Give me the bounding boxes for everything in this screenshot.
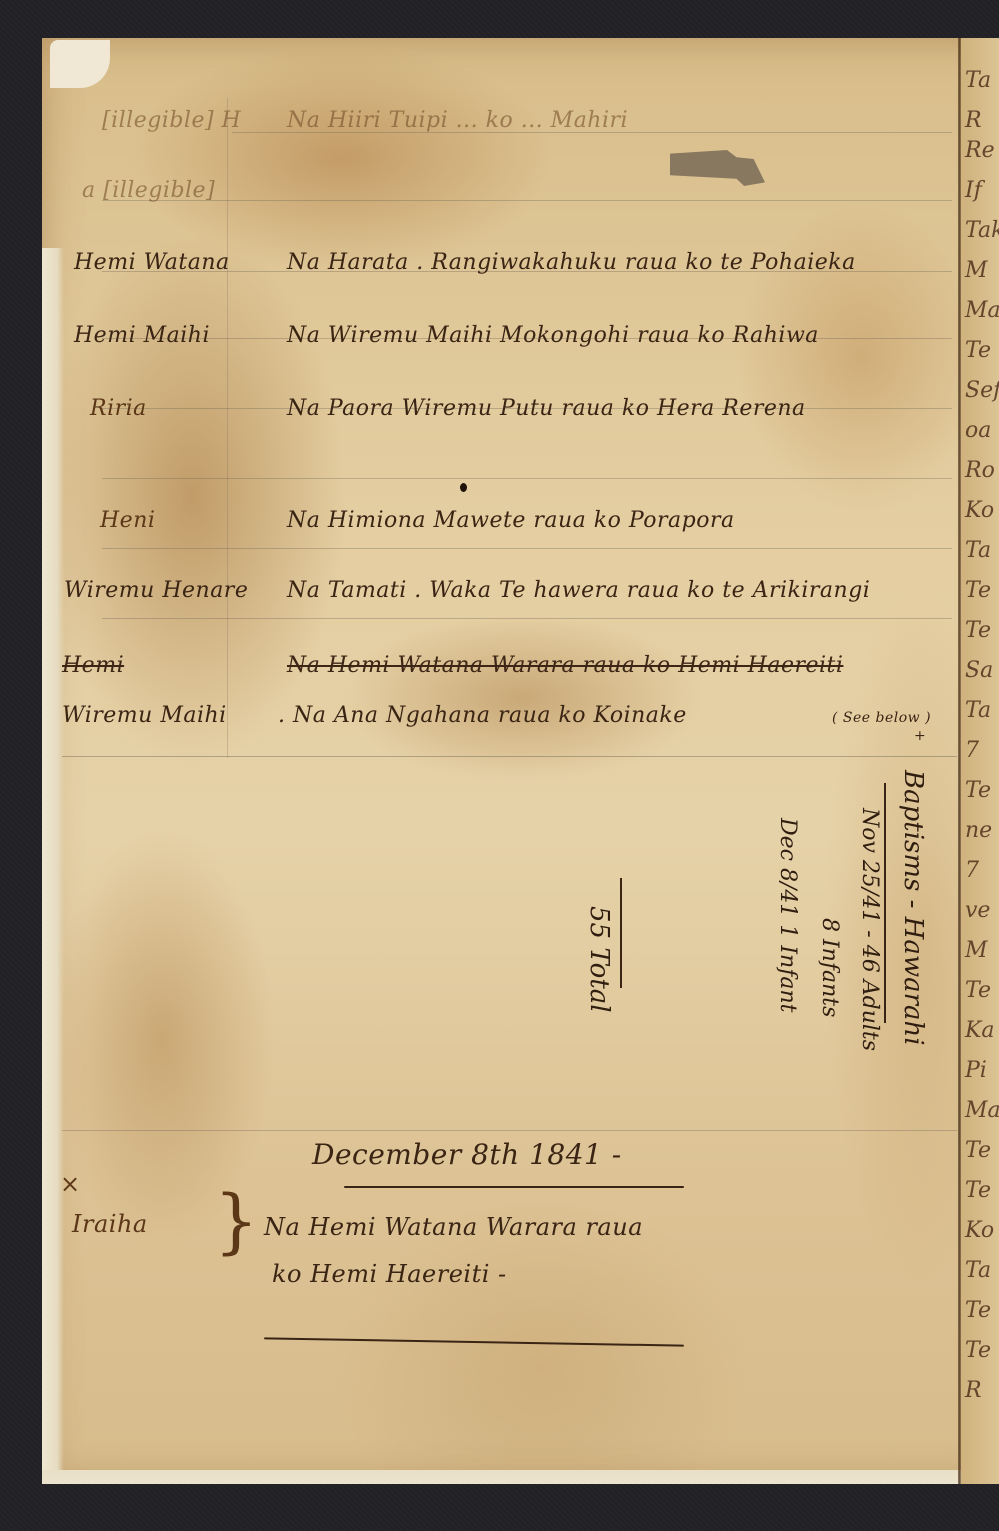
adjacent-fragment: Ko: [965, 1218, 994, 1243]
adjacent-fragment: Te: [965, 778, 991, 803]
entry-name: Wiremu Maihi: [62, 703, 227, 728]
adjacent-fragment: ne: [965, 818, 992, 843]
adjacent-fragment: Te: [965, 1178, 991, 1203]
adjacent-fragment: Ta: [965, 698, 991, 723]
later-entry-line-1: Na Hemi Watana Warara raua: [264, 1213, 643, 1241]
entry-name: [illegible] H: [102, 108, 241, 133]
adjacent-fragment: 7: [965, 858, 979, 883]
manuscript-page: [illegible] H Na Hiiri Tuipi ... ko ... …: [42, 38, 999, 1484]
adjacent-fragment: oa: [965, 418, 991, 443]
column-rule: [227, 98, 228, 758]
entry-name: a [illegible]: [82, 178, 215, 203]
entry-name: Heni: [100, 508, 155, 533]
adjacent-fragment: Te: [965, 578, 991, 603]
summary-line-3: Dec 8/41 1 Infant: [775, 818, 800, 1013]
summary-total: 55 Total: [584, 906, 614, 1013]
adjacent-fragment: Ta: [965, 68, 991, 93]
cross-mark: +: [914, 728, 926, 744]
adjacent-fragment: R: [965, 1378, 982, 1403]
entry-parents: Na Harata . Rangiwakahuku raua ko te Poh…: [287, 250, 856, 275]
torn-corner: [50, 40, 110, 88]
adjacent-fragment: M: [965, 938, 988, 963]
adjacent-fragment: Te: [965, 338, 991, 363]
date-underline: [344, 1186, 684, 1188]
entry-parents: Na Paora Wiremu Putu raua ko Hera Rerena: [287, 396, 806, 421]
ruled-line: [62, 756, 957, 757]
adjacent-fragment: Sef: [965, 378, 999, 403]
entry-name-struck: Hemi: [62, 653, 124, 678]
summary-line-1: Nov 25/41 - 46 Adults: [857, 808, 882, 1051]
adjacent-fragment: Ko: [965, 498, 994, 523]
adjacent-fragment: R: [965, 108, 982, 133]
later-entry-line-2: ko Hemi Haereiti -: [272, 1260, 507, 1288]
adjacent-page: Ta R Re If Tak M Ma Te Sef oa Ro Ko Ta T…: [961, 38, 999, 1484]
entry-name: Wiremu Henare: [64, 578, 248, 603]
adjacent-fragment: Te: [965, 1298, 991, 1323]
entry-name: Hemi Watana: [74, 250, 230, 275]
adjacent-fragment: ve: [965, 898, 990, 923]
ruled-line: [62, 1130, 957, 1131]
summary-bracket-line: [884, 783, 886, 1023]
adjacent-fragment: Ro: [965, 458, 995, 483]
entry-parents: Na Tamati . Waka Te hawera raua ko te Ar…: [287, 578, 870, 603]
ruled-line: [102, 478, 952, 479]
adjacent-fragment: Pi: [965, 1058, 987, 1083]
adjacent-fragment: Tak: [965, 218, 999, 243]
see-below-note: ( See below ): [832, 710, 931, 726]
adjacent-fragment: Ka: [965, 1018, 995, 1043]
entry-parents: Na Himiona Mawete raua ko Porapora: [287, 508, 735, 533]
adjacent-fragment: Te: [965, 1338, 991, 1363]
adjacent-fragment: Te: [965, 618, 991, 643]
adjacent-fragment: Ta: [965, 538, 991, 563]
entry-name: Hemi Maihi: [74, 323, 210, 348]
closing-flourish: [264, 1337, 684, 1346]
adjacent-fragment: Ta: [965, 1258, 991, 1283]
adjacent-fragment: Te: [965, 1138, 991, 1163]
summary-total-line: [620, 878, 622, 988]
adjacent-fragment: Te: [965, 978, 991, 1003]
page-edge-bottom: [42, 1470, 999, 1484]
later-entry-date: December 8th 1841 -: [312, 1138, 622, 1171]
tape-patch: [670, 150, 765, 186]
adjacent-fragment: Re: [965, 138, 995, 163]
entry-parents: . Na Ana Ngahana raua ko Koinake: [278, 703, 687, 728]
adjacent-fragment: M: [965, 258, 988, 283]
baptisms-summary-heading: Baptisms - Hawarahi: [898, 770, 928, 1046]
ruled-line: [102, 200, 952, 201]
ruled-line: [102, 548, 952, 549]
entry-parents: Na Hiiri Tuipi ... ko ... Mahiri: [287, 108, 628, 133]
adjacent-fragment: If: [965, 178, 982, 203]
adjacent-fragment: Sa: [965, 658, 993, 683]
entry-name: Riria: [90, 396, 147, 421]
adjacent-fragment: 7: [965, 738, 979, 763]
ruled-line: [102, 618, 952, 619]
ink-blot: [460, 483, 467, 492]
adjacent-fragment: Ma: [965, 1098, 999, 1123]
later-entry-name: Iraiha: [72, 1210, 148, 1238]
summary-line-2: 8 Infants: [817, 918, 842, 1017]
brace: }: [214, 1186, 259, 1256]
entry-parents-struck: Na Hemi Watana Warara raua ko Hemi Haere…: [287, 653, 843, 678]
adjacent-fragment: Ma: [965, 298, 999, 323]
x-mark: ×: [60, 1170, 81, 1198]
entry-parents: Na Wiremu Maihi Mokongohi raua ko Rahiwa: [287, 323, 819, 348]
page-edge-left: [42, 248, 64, 1484]
